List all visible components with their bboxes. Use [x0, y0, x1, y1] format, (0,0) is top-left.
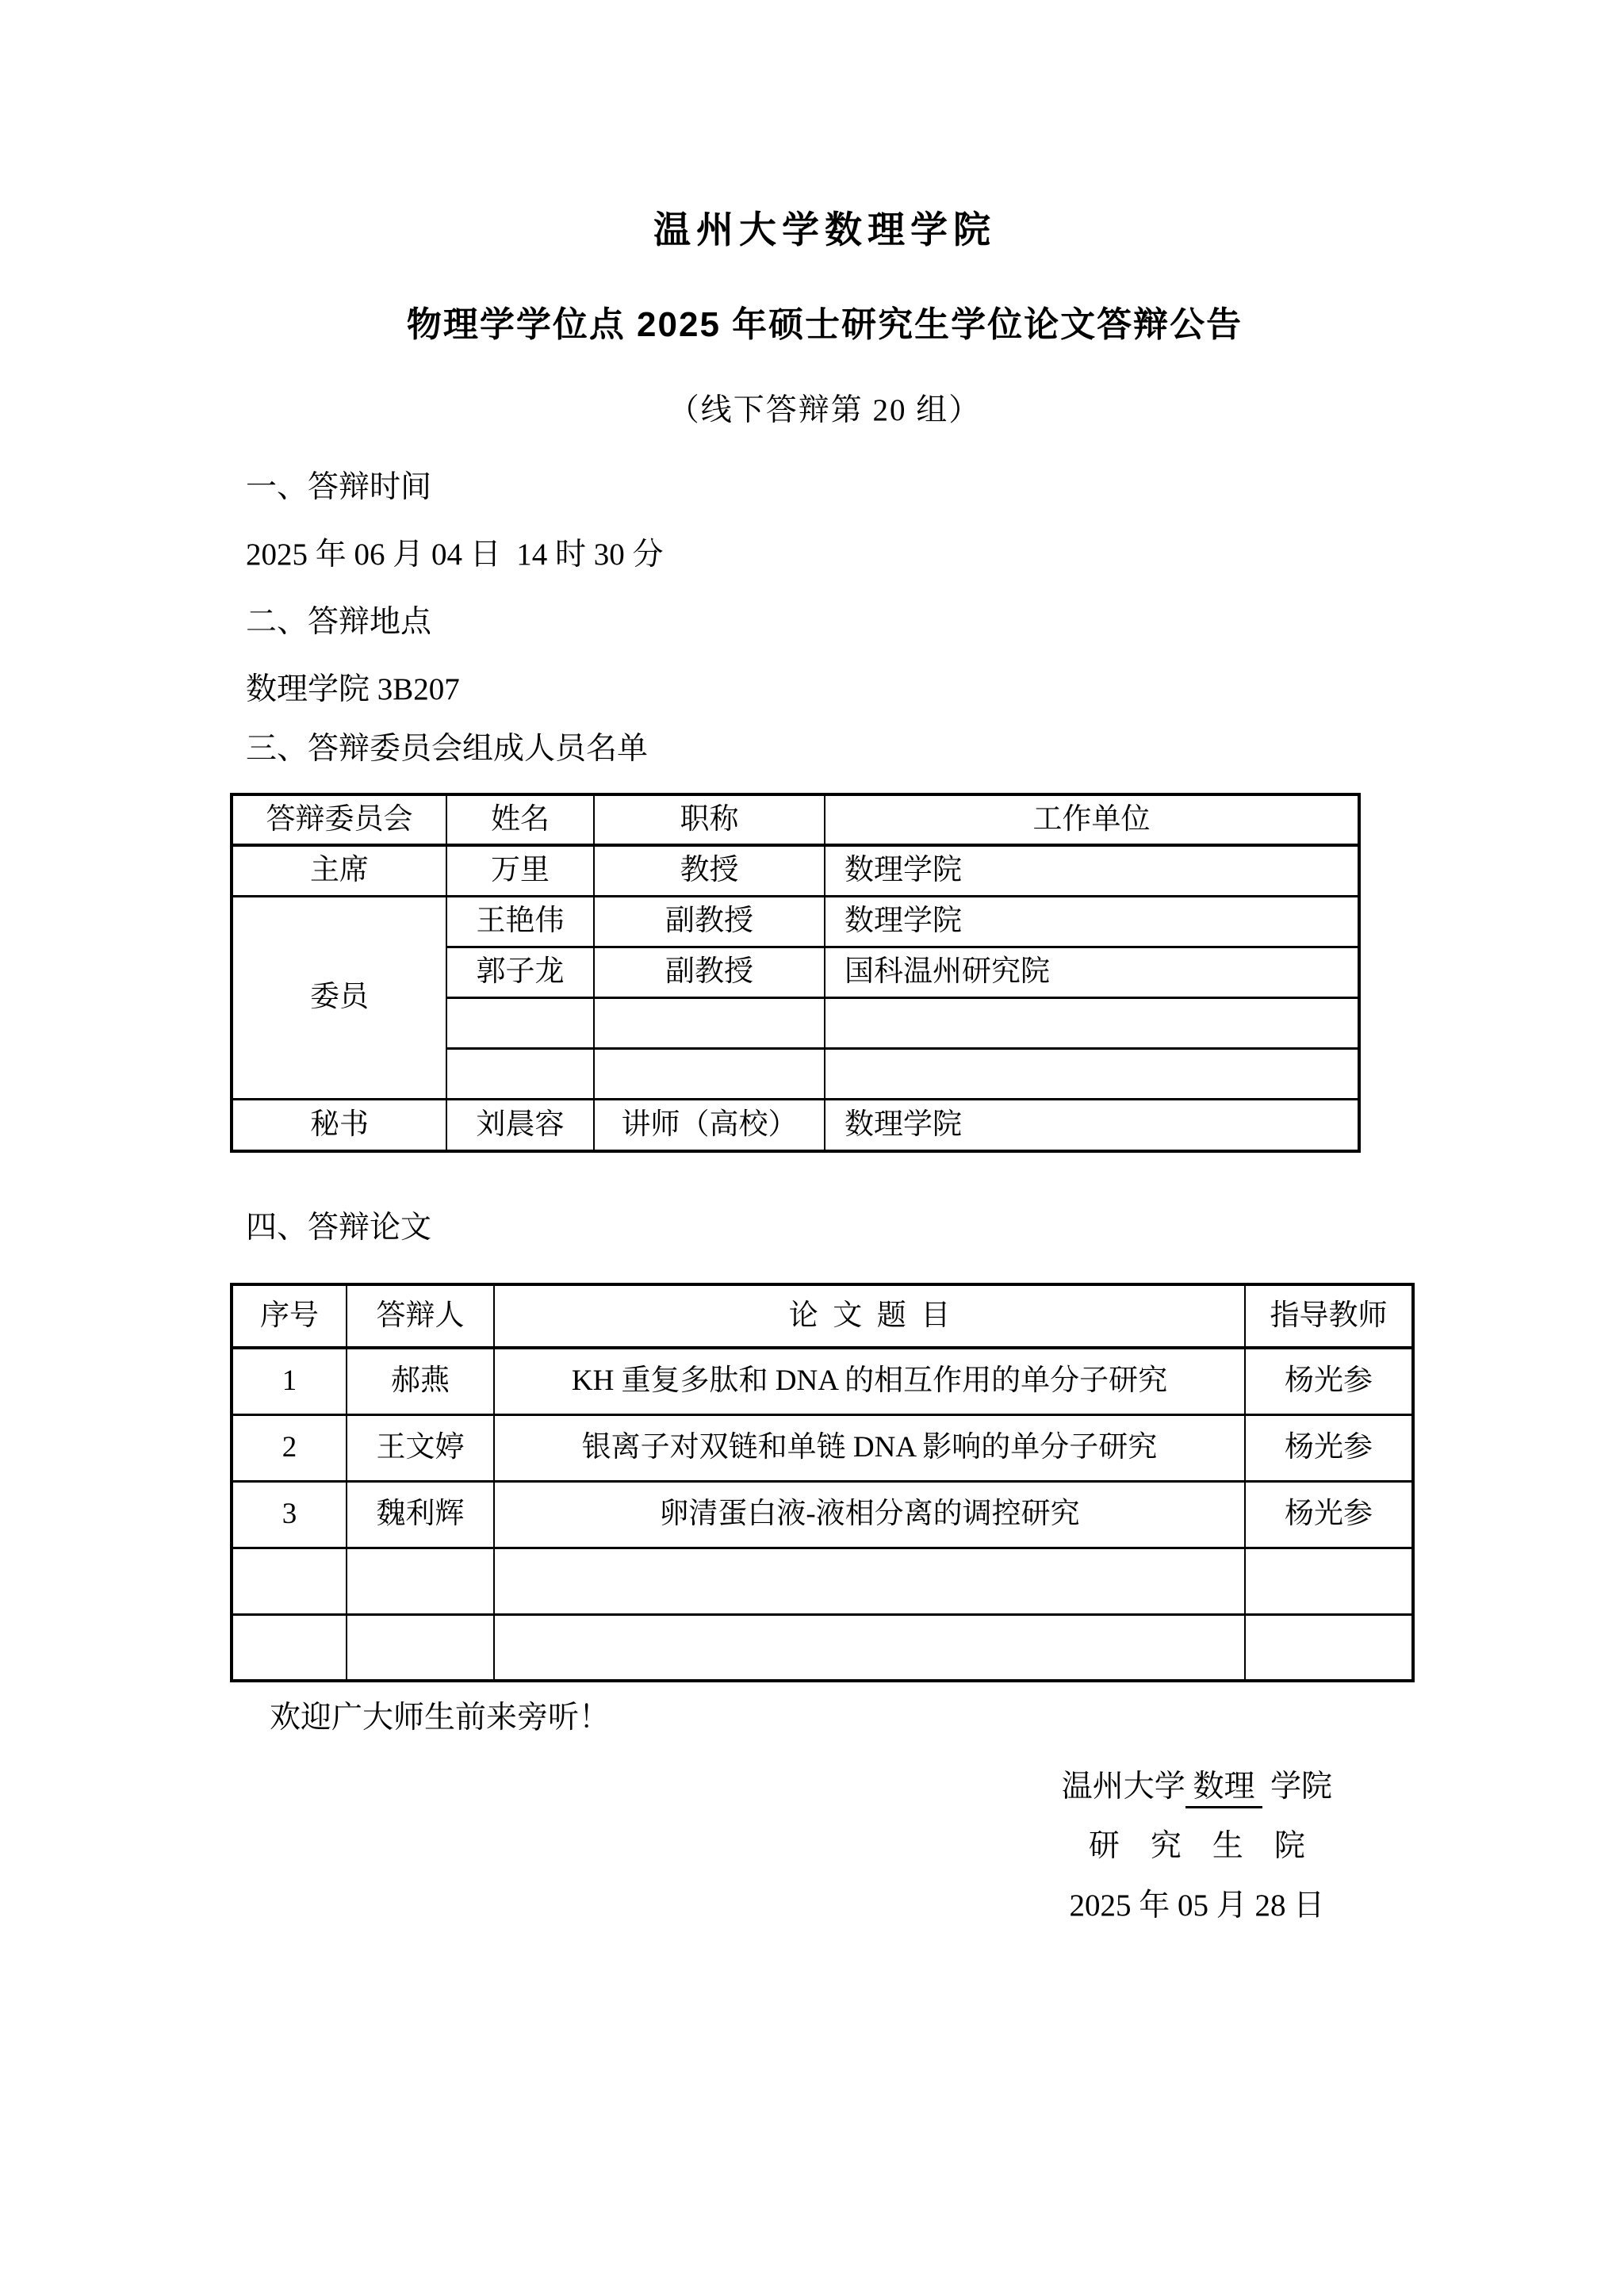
thesis-1-title-cell: KH 重复多肽和 DNA 的相互作用的单分子研究 — [494, 1348, 1245, 1414]
thesis-1-defender-cell: 郝燕 — [347, 1348, 494, 1414]
member-1-name-cell: 王艳伟 — [446, 896, 594, 947]
chair-name-cell: 万里 — [446, 845, 594, 896]
doc-title: 温州大学数理学院 — [230, 208, 1419, 251]
defense-time-value: 2025 年 06 月 04 日 14 时 30 分 — [230, 537, 1419, 573]
member-4-name-cell — [446, 1048, 594, 1099]
committee-header-title: 职称 — [594, 794, 825, 845]
member-2-unit-cell: 国科温州研究院 — [825, 947, 1359, 997]
member-1-unit-cell: 数理学院 — [825, 896, 1359, 947]
thesis-3-title-cell: 卵清蛋白液-液相分离的调控研究 — [494, 1481, 1245, 1548]
signature-prefix: 温州大学 — [1062, 1770, 1185, 1804]
signature-underlined-unit: 数理 — [1185, 1770, 1263, 1808]
thesis-4-title-cell — [494, 1548, 1245, 1614]
thesis-5-advisor-cell — [1245, 1614, 1413, 1681]
thesis-header-advisor: 指导教师 — [1245, 1284, 1413, 1348]
document-page: 温州大学数理学院 物理学学位点 2025 年硕士研究生学位论文答辩公告 （线下答… — [0, 0, 1624, 2296]
thesis-4-defender-cell — [347, 1548, 494, 1614]
group-line: （线下答辩第 20 组） — [230, 392, 1419, 430]
thesis-header-title: 论 文 题 目 — [494, 1284, 1245, 1348]
member-3-name-cell — [446, 997, 594, 1048]
thesis-row-3: 3 魏利辉 卵清蛋白液-液相分离的调控研究 杨光参 — [232, 1481, 1413, 1548]
welcome-line: 欢迎广大师生前来旁听！ — [230, 1700, 1419, 1736]
thesis-1-no-cell: 1 — [232, 1348, 347, 1414]
thesis-1-advisor-cell: 杨光参 — [1245, 1348, 1413, 1414]
member-3-unit-cell — [825, 997, 1359, 1048]
committee-header-row: 答辩委员会 姓名 职称 工作单位 — [232, 794, 1359, 845]
doc-subtitle: 物理学学位点 2025 年硕士研究生学位论文答辩公告 — [230, 304, 1419, 346]
signature-graduate-school-line: 研 究 生 院 — [1062, 1827, 1332, 1865]
member-3-title-cell — [594, 997, 825, 1048]
signature-block: 温州大学 数理 学院 研 究 生 院 2025 年 05 月 28 日 — [1062, 1768, 1332, 1925]
chair-unit-cell: 数理学院 — [825, 845, 1359, 896]
thesis-2-defender-cell: 王文婷 — [347, 1414, 494, 1481]
committee-row-chair: 主席 万里 教授 数理学院 — [232, 845, 1359, 896]
member-2-name-cell: 郭子龙 — [446, 947, 594, 997]
chair-title-cell: 教授 — [594, 845, 825, 896]
member-1-title-cell: 副教授 — [594, 896, 825, 947]
thesis-5-title-cell — [494, 1614, 1245, 1681]
thesis-3-advisor-cell: 杨光参 — [1245, 1481, 1413, 1548]
defense-location-value: 数理学院 3B207 — [230, 672, 1419, 708]
thesis-header-row: 序号 答辩人 论 文 题 目 指导教师 — [232, 1284, 1413, 1348]
member-role-cell: 委员 — [232, 896, 446, 1099]
thesis-3-no-cell: 3 — [232, 1481, 347, 1548]
section-heading-defense-location: 二、答辩地点 — [230, 604, 1419, 641]
committee-row-member-1: 委员 王艳伟 副教授 数理学院 — [232, 896, 1359, 947]
signature-suffix: 学院 — [1262, 1770, 1332, 1804]
secretary-role-cell: 秘书 — [232, 1099, 446, 1151]
thesis-2-title-cell: 银离子对双链和单链 DNA 影响的单分子研究 — [494, 1414, 1245, 1481]
thesis-3-defender-cell: 魏利辉 — [347, 1481, 494, 1548]
signature-date-line: 2025 年 05 月 28 日 — [1062, 1887, 1332, 1925]
thesis-row-2: 2 王文婷 银离子对双链和单链 DNA 影响的单分子研究 杨光参 — [232, 1414, 1413, 1481]
member-4-unit-cell — [825, 1048, 1359, 1099]
thesis-row-5 — [232, 1614, 1413, 1681]
thesis-header-defender: 答辩人 — [347, 1284, 494, 1348]
committee-header-name: 姓名 — [446, 794, 594, 845]
committee-header-role: 答辩委员会 — [232, 794, 446, 845]
secretary-title-cell: 讲师（高校） — [594, 1099, 825, 1151]
signature-unit-line: 温州大学 数理 学院 — [1062, 1768, 1332, 1806]
thesis-2-advisor-cell: 杨光参 — [1245, 1414, 1413, 1481]
thesis-5-defender-cell — [347, 1614, 494, 1681]
thesis-row-1: 1 郝燕 KH 重复多肽和 DNA 的相互作用的单分子研究 杨光参 — [232, 1348, 1413, 1414]
section-heading-committee: 三、答辩委员会组成人员名单 — [230, 731, 1419, 767]
section-heading-defense-time: 一、答辩时间 — [230, 469, 1419, 506]
thesis-5-no-cell — [232, 1614, 347, 1681]
committee-header-unit: 工作单位 — [825, 794, 1359, 845]
secretary-unit-cell: 数理学院 — [825, 1099, 1359, 1151]
thesis-4-advisor-cell — [1245, 1548, 1413, 1614]
member-4-title-cell — [594, 1048, 825, 1099]
secretary-name-cell: 刘晨容 — [446, 1099, 594, 1151]
thesis-4-no-cell — [232, 1548, 347, 1614]
chair-role-cell: 主席 — [232, 845, 446, 896]
committee-row-secretary: 秘书 刘晨容 讲师（高校） 数理学院 — [232, 1099, 1359, 1151]
thesis-row-4 — [232, 1548, 1413, 1614]
member-2-title-cell: 副教授 — [594, 947, 825, 997]
section-heading-theses: 四、答辩论文 — [230, 1210, 1419, 1246]
committee-table: 答辩委员会 姓名 职称 工作单位 主席 万里 教授 数理学院 委员 王艳伟 副教… — [230, 793, 1361, 1153]
thesis-2-no-cell: 2 — [232, 1414, 347, 1481]
thesis-header-no: 序号 — [232, 1284, 347, 1348]
thesis-table: 序号 答辩人 论 文 题 目 指导教师 1 郝燕 KH 重复多肽和 DNA 的相… — [230, 1283, 1415, 1682]
